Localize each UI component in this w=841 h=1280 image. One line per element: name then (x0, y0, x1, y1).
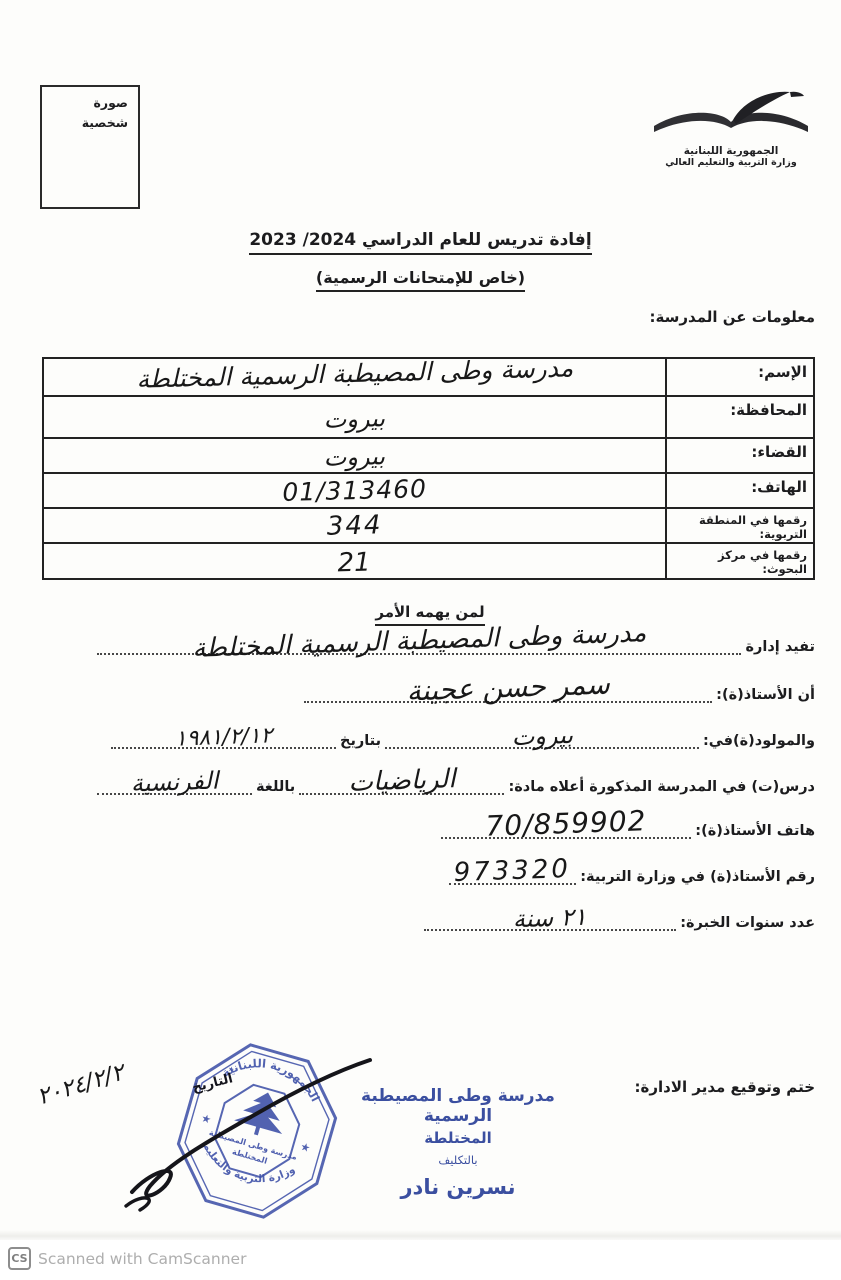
photo-box-label-line1: صورة (52, 93, 128, 113)
handwritten-experience-years: ٢١ سنة (513, 903, 588, 934)
dotted-line: ١٩٨١/٢/١٢ (111, 732, 336, 749)
line-subject: درس(ت) في المدرسة المذكورة أعلاه مادة: ا… (93, 778, 815, 795)
line-ministry-number: رقم الأستاذ(ة) في وزارة التربية: 973320 (445, 868, 815, 885)
camscanner-icon: CS (8, 1247, 31, 1270)
handwritten-teacher-phone: 70/859902 (485, 804, 647, 843)
camscanner-text: Scanned with CamScanner (38, 1250, 246, 1268)
table-row: رقمها في مركز البحوث: 21 (44, 542, 813, 578)
row-value-district-number: 344 (326, 510, 382, 541)
document-subtitle: (خاص للإمتحانات الرسمية) (0, 268, 841, 292)
stamp-school-type: المختلطة (333, 1129, 583, 1147)
school-info-heading: معلومات عن المدرسة: (650, 308, 815, 326)
row-value-district: بيروت (323, 442, 385, 472)
stamp-by-assignment: بالتكليف (333, 1153, 583, 1167)
ministry-name-line1: الجمهورية اللبنانية (646, 145, 816, 157)
table-row: الإسم: مدرسة وطى المصيطبة الرسمية المختل… (44, 359, 813, 395)
school-stamp-text: مدرسة وطى المصيطبة الرسمية المختلطة بالت… (333, 1086, 583, 1199)
dotted-line: بيروت (385, 732, 699, 749)
official-round-stamp: ★ ★ ★ الجمهورية اللبنانية وزارة التربية … (149, 1016, 365, 1245)
photo-box-label-line2: شخصية (52, 113, 128, 133)
dotted-line: الفرنسية (97, 778, 252, 795)
row-label-governorate: المحافظة: (665, 397, 813, 437)
table-row: القضاء: بيروت (44, 437, 813, 472)
row-value-research-number: 21 (338, 548, 372, 579)
line-teacher-phone: هاتف الأستاذ(ة): 70/859902 (437, 822, 815, 839)
school-info-table: الإسم: مدرسة وطى المصيطبة الرسمية المختل… (42, 357, 815, 580)
document-title: إفادة تدريس للعام الدراسي 2024/ 2023 (0, 230, 841, 255)
svg-text:★: ★ (200, 1111, 213, 1126)
ministry-name-line2: وزارة التربية والتعليم العالي (646, 157, 816, 168)
line-teacher-name: أن الأستاذ(ة): سمر حسن عجينة (300, 686, 815, 703)
open-book-icon (648, 88, 814, 140)
stamp-school-name: مدرسة وطى المصيطبة الرسمية (333, 1086, 583, 1126)
dotted-line: الرياضيات (299, 778, 504, 795)
handwritten-birth-place: بيروت (511, 721, 573, 751)
photo-placeholder-box: صورة شخصية (40, 85, 140, 209)
row-label-phone: الهاتف: (665, 474, 813, 507)
dotted-line: 973320 (449, 868, 576, 885)
handwritten-subject: الرياضيات (348, 764, 456, 798)
handwritten-ministry-number: 973320 (454, 854, 572, 888)
octagon-stamp-icon: ★ ★ ★ الجمهورية اللبنانية وزارة التربية … (149, 1016, 365, 1245)
row-label-research-number: رقمها في مركز البحوث: (665, 544, 813, 578)
row-value-phone: 01/313460 (282, 474, 427, 507)
dotted-line: سمر حسن عجينة (304, 686, 712, 703)
row-label-district: القضاء: (665, 439, 813, 472)
line-experience: عدد سنوات الخبرة: ٢١ سنة (420, 914, 815, 931)
handwritten-teacher-name: سمر حسن عجينة (406, 667, 610, 707)
row-value-name: مدرسة وطى المصيطبة الرسمية المختلطة (136, 353, 573, 393)
stamp-director-name: نسرين نادر (333, 1175, 583, 1199)
dotted-line: ٢١ سنة (424, 914, 676, 931)
row-label-name: الإسم: (665, 359, 813, 395)
handwritten-language: الفرنسية (130, 766, 218, 797)
table-row: رقمها في المنطقة التربوية: 344 (44, 507, 813, 542)
dotted-line: 70/859902 (441, 822, 691, 839)
concern-heading: لمن يهمه الأمر (0, 602, 841, 626)
dotted-line: مدرسة وطى المصيطبة الرسمية المختلطة (97, 638, 741, 655)
line-birth: والمولود(ة)في: بيروت بتاريخ ١٩٨١/٢/١٢ (107, 732, 815, 749)
row-label-district-number: رقمها في المنطقة التربوية: (665, 509, 813, 542)
handwritten-date: ٢٠٢٤/٢/٢ (34, 1059, 127, 1110)
line-school-admin: تفيد إدارة مدرسة وطى المصيطبة الرسمية ال… (93, 638, 815, 655)
svg-text:★: ★ (299, 1140, 312, 1155)
ministry-logo: الجمهورية اللبنانية وزارة التربية والتعل… (646, 88, 816, 168)
handwritten-birth-date: ١٩٨١/٢/١٢ (174, 723, 272, 751)
table-row: الهاتف: 01/313460 (44, 472, 813, 507)
stamp-signature-label: ختم وتوقيع مدير الادارة: (635, 1078, 815, 1096)
table-row: المحافظة: بيروت (44, 395, 813, 437)
row-value-governorate: بيروت (323, 404, 385, 434)
